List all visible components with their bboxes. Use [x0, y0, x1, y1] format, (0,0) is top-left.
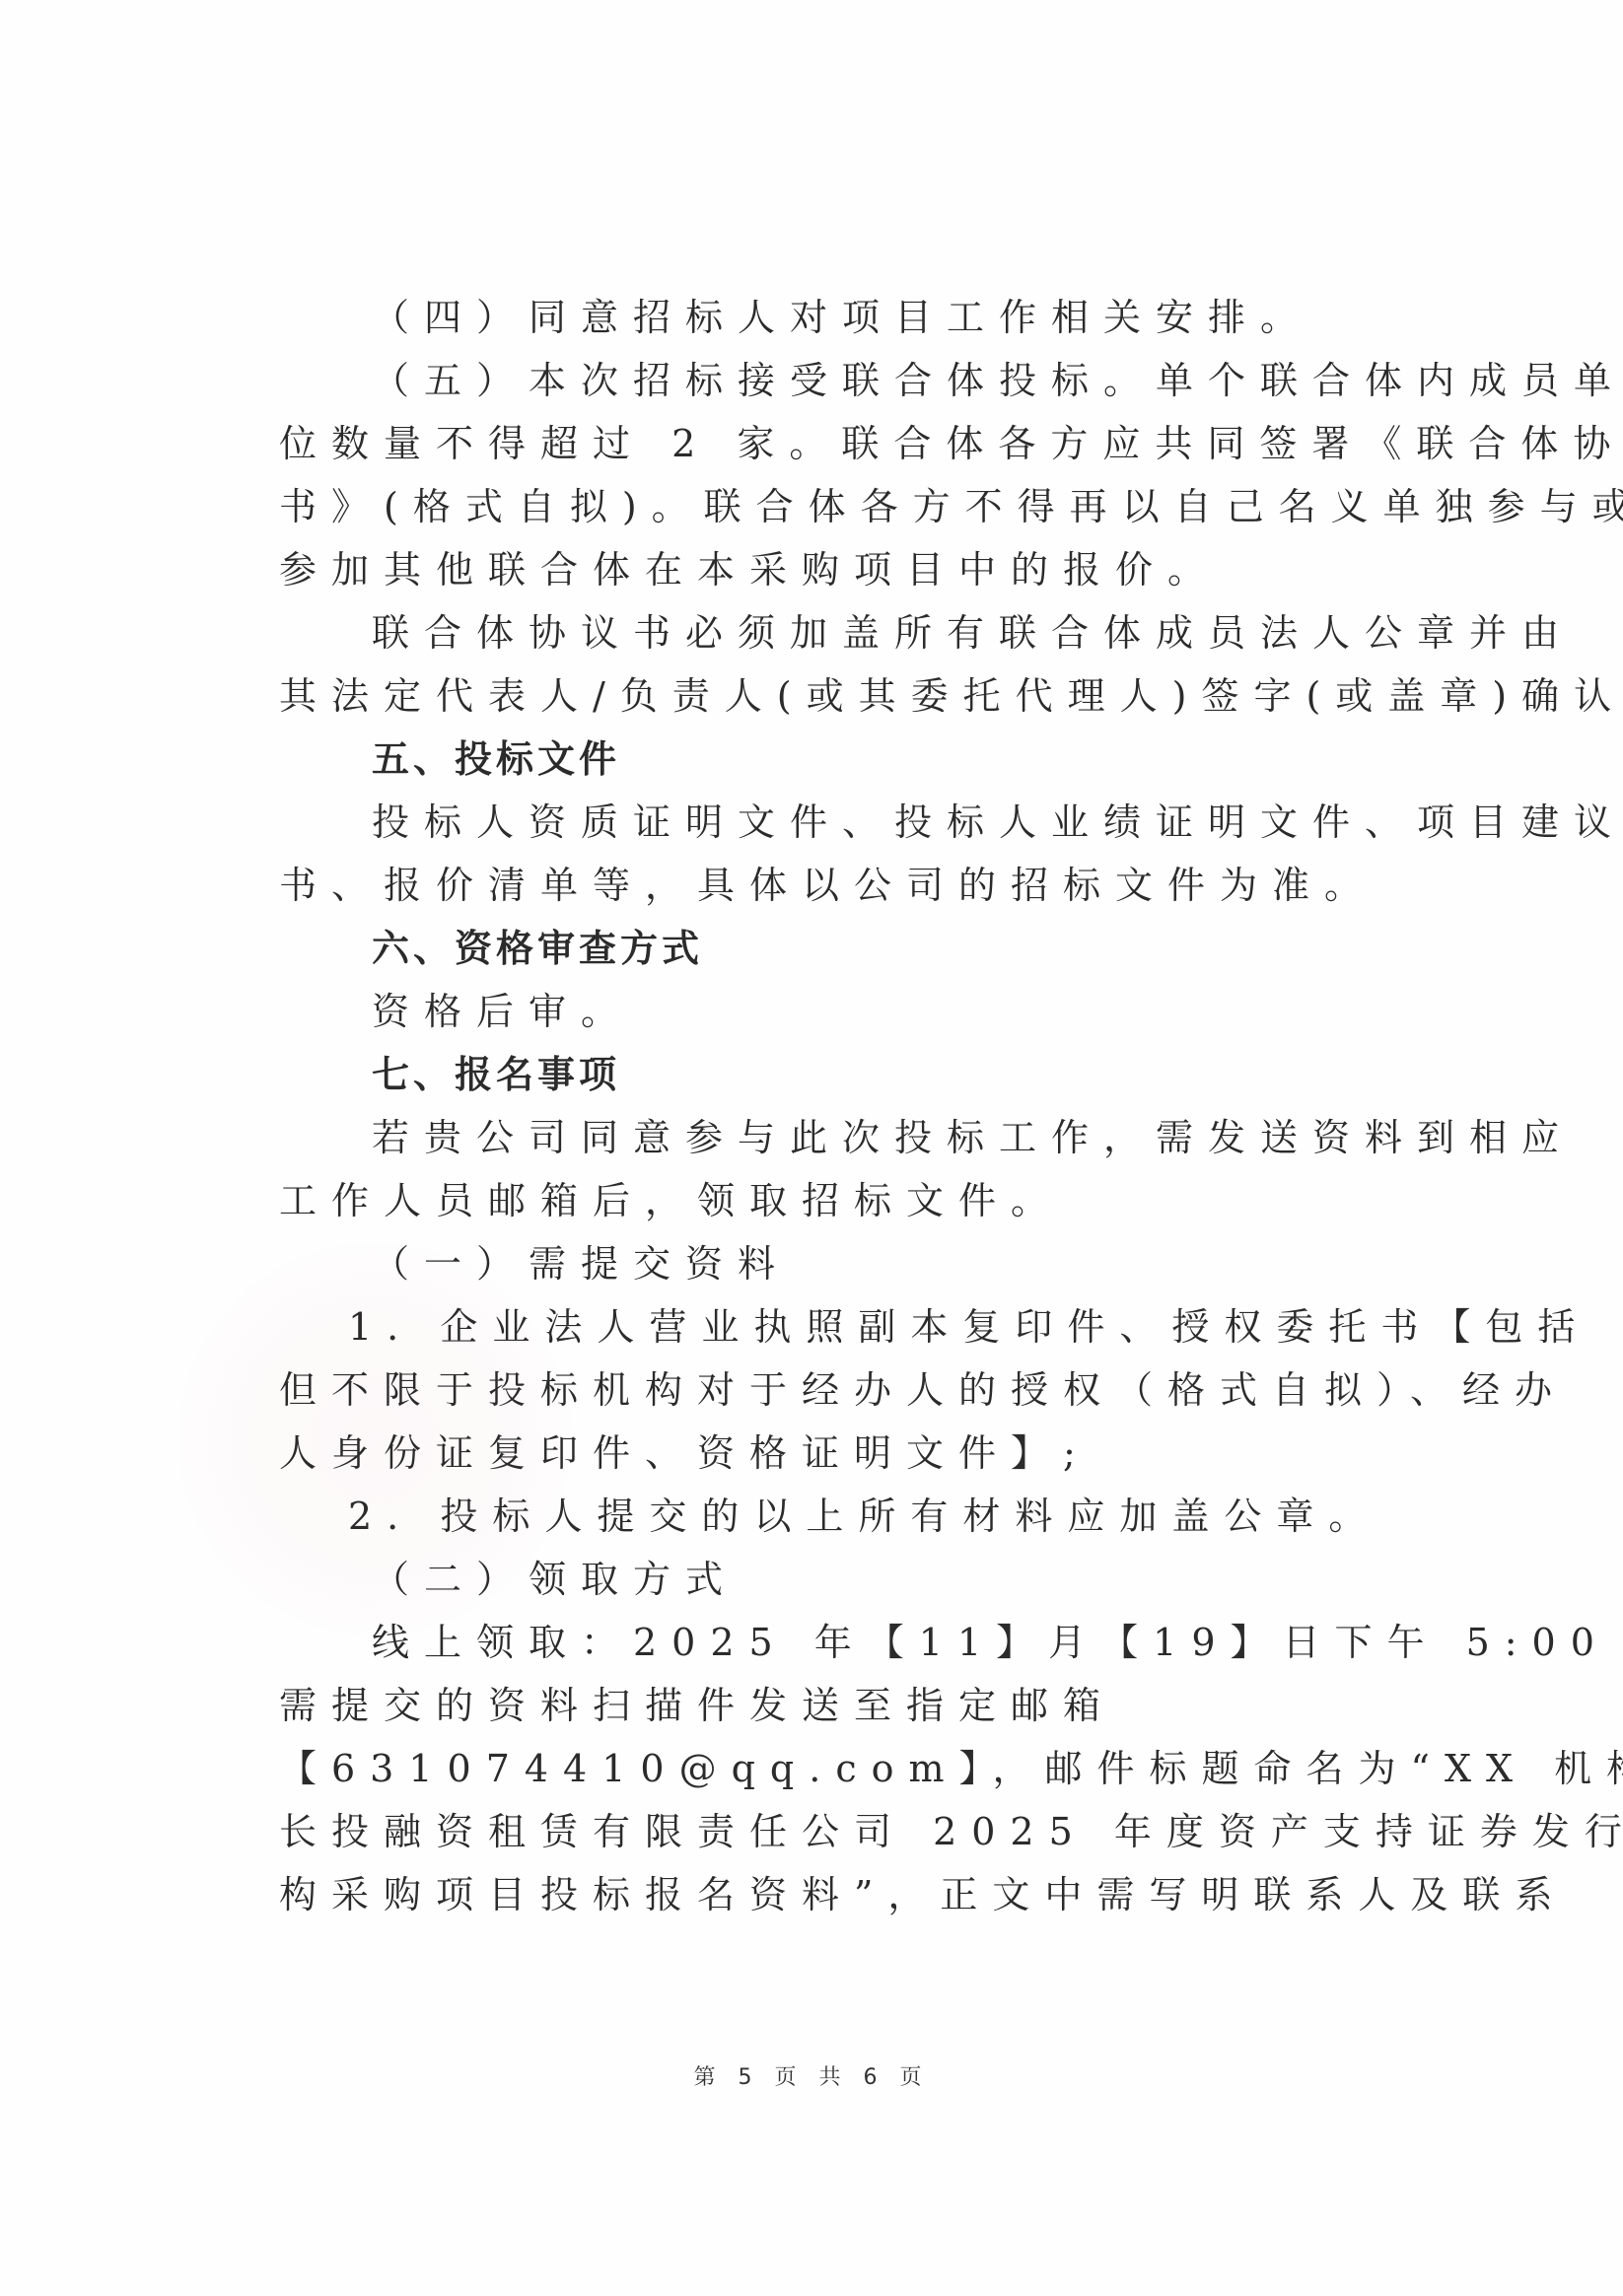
section-heading-7: 七、报名事项	[279, 1043, 1324, 1106]
subsection-2: （二）领取方式	[279, 1548, 1324, 1611]
section-heading-5: 五、投标文件	[279, 728, 1324, 791]
paragraph-line: 参加其他联合体在本采购项目中的报价。	[279, 538, 1324, 601]
paragraph-line: 位数量不得超过 2 家。联合体各方应共同签署《联合体协议	[279, 412, 1324, 475]
numbered-item-2: 2. 投标人提交的以上所有材料应加盖公章。	[279, 1485, 1324, 1548]
paragraph-line: 构采购项目投标报名资料”，正文中需写明联系人及联系	[279, 1863, 1324, 1926]
paragraph-line: 但不限于投标机构对于经办人的授权（格式自拟）、经办	[279, 1358, 1324, 1422]
item-5: （五）本次招标接受联合体投标。单个联合体内成员单	[279, 349, 1324, 412]
paragraph-line: 人身份证复印件、资格证明文件】;	[279, 1422, 1324, 1485]
paragraph-line: 长投融资租赁有限责任公司 2025 年度资产支持证券发行机	[279, 1800, 1324, 1863]
paragraph-line: 其法定代表人/负责人(或其委托代理人)签字(或盖章)确认。	[279, 664, 1324, 728]
paragraph-line: 联合体协议书必须加盖所有联合体成员法人公章并由	[279, 601, 1324, 664]
paragraph-line: 需提交的资料扫描件发送至指定邮箱	[279, 1674, 1324, 1737]
section-heading-6: 六、资格审查方式	[279, 917, 1324, 980]
paragraph-line: 书》(格式自拟)。联合体各方不得再以自己名义单独参与或	[279, 475, 1324, 538]
item-4: （四）同意招标人对项目工作相关安排。	[279, 286, 1324, 349]
document-page: （四）同意招标人对项目工作相关安排。 （五）本次招标接受联合体投标。单个联合体内…	[0, 0, 1623, 2296]
paragraph-line: 投标人资质证明文件、投标人业绩证明文件、项目建议	[279, 791, 1324, 854]
paragraph-line: 工作人员邮箱后，领取招标文件。	[279, 1169, 1324, 1232]
paragraph-line: 资格后审。	[279, 980, 1324, 1043]
paragraph-line: 线上领取：2025 年【11】月【19】日下午 5:00 前，将	[279, 1611, 1324, 1674]
subsection-1: （一）需提交资料	[279, 1232, 1324, 1295]
email-line: 【631074410@qq.com】，邮件标题命名为“XX 机构+湖北省	[279, 1737, 1324, 1800]
page-number-footer: 第 5 页 共 6 页	[0, 2060, 1623, 2091]
paragraph-line: 若贵公司同意参与此次投标工作，需发送资料到相应	[279, 1106, 1324, 1169]
document-body: （四）同意招标人对项目工作相关安排。 （五）本次招标接受联合体投标。单个联合体内…	[279, 286, 1324, 1926]
paragraph-line: 书、报价清单等，具体以公司的招标文件为准。	[279, 854, 1324, 917]
numbered-item-1: 1. 企业法人营业执照副本复印件、授权委托书【包括	[279, 1295, 1324, 1358]
